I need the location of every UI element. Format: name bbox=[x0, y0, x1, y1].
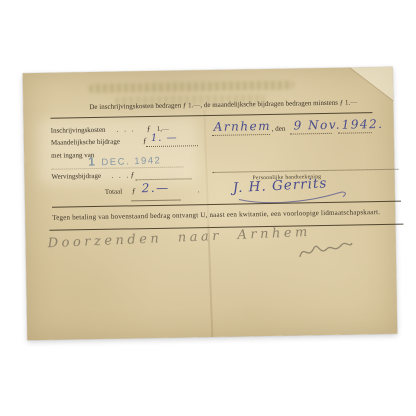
stamp-day: 1 bbox=[88, 154, 97, 168]
field-label: Wervingsbijdrage bbox=[51, 172, 101, 181]
trailing-dot: . bbox=[198, 186, 200, 194]
den-label: , den bbox=[272, 125, 286, 133]
florin-sign: ƒ bbox=[132, 186, 136, 195]
handwritten-day-month: 9 Nov. bbox=[294, 118, 342, 133]
footer-line: Tegen betaling van bovenstaand bedrag on… bbox=[52, 208, 382, 222]
photo-canvas: De inschrijvingskosten bedragen ƒ 1.—, d… bbox=[0, 0, 416, 416]
field-label: Maandelijksche bijdrage bbox=[51, 138, 120, 147]
ghost-showthrough-line bbox=[89, 81, 294, 94]
header-line: De inschrijvingskosten bedragen ƒ 1.—, d… bbox=[63, 98, 383, 112]
handwritten-year: 1942. bbox=[342, 117, 384, 132]
signature-topline bbox=[212, 169, 398, 173]
fill-in-line bbox=[338, 132, 372, 134]
field-label: Totaal bbox=[105, 188, 123, 196]
florin-sign: ƒ bbox=[130, 170, 134, 179]
handwritten-total: 2.— bbox=[142, 181, 170, 195]
leader-dots: . . . bbox=[117, 125, 136, 133]
leader-dots: . . . bbox=[111, 171, 130, 179]
pencil-paraph bbox=[294, 235, 357, 266]
florin-sign: ƒ bbox=[147, 124, 151, 133]
florin-sign: ƒ bbox=[143, 136, 147, 145]
handwritten-place: Arnhem bbox=[214, 119, 272, 134]
handwritten-amount: 1. — bbox=[151, 133, 178, 144]
field-label: Inschrijvingskosten bbox=[51, 126, 106, 135]
field-value: 1,— bbox=[157, 125, 169, 133]
total-underline bbox=[131, 200, 181, 202]
fill-in-line bbox=[290, 133, 332, 135]
signature-flourish bbox=[235, 187, 355, 207]
fill-in-line bbox=[212, 134, 270, 136]
document-paper: De inschrijvingskosten bedragen ƒ 1.—, d… bbox=[23, 67, 398, 340]
